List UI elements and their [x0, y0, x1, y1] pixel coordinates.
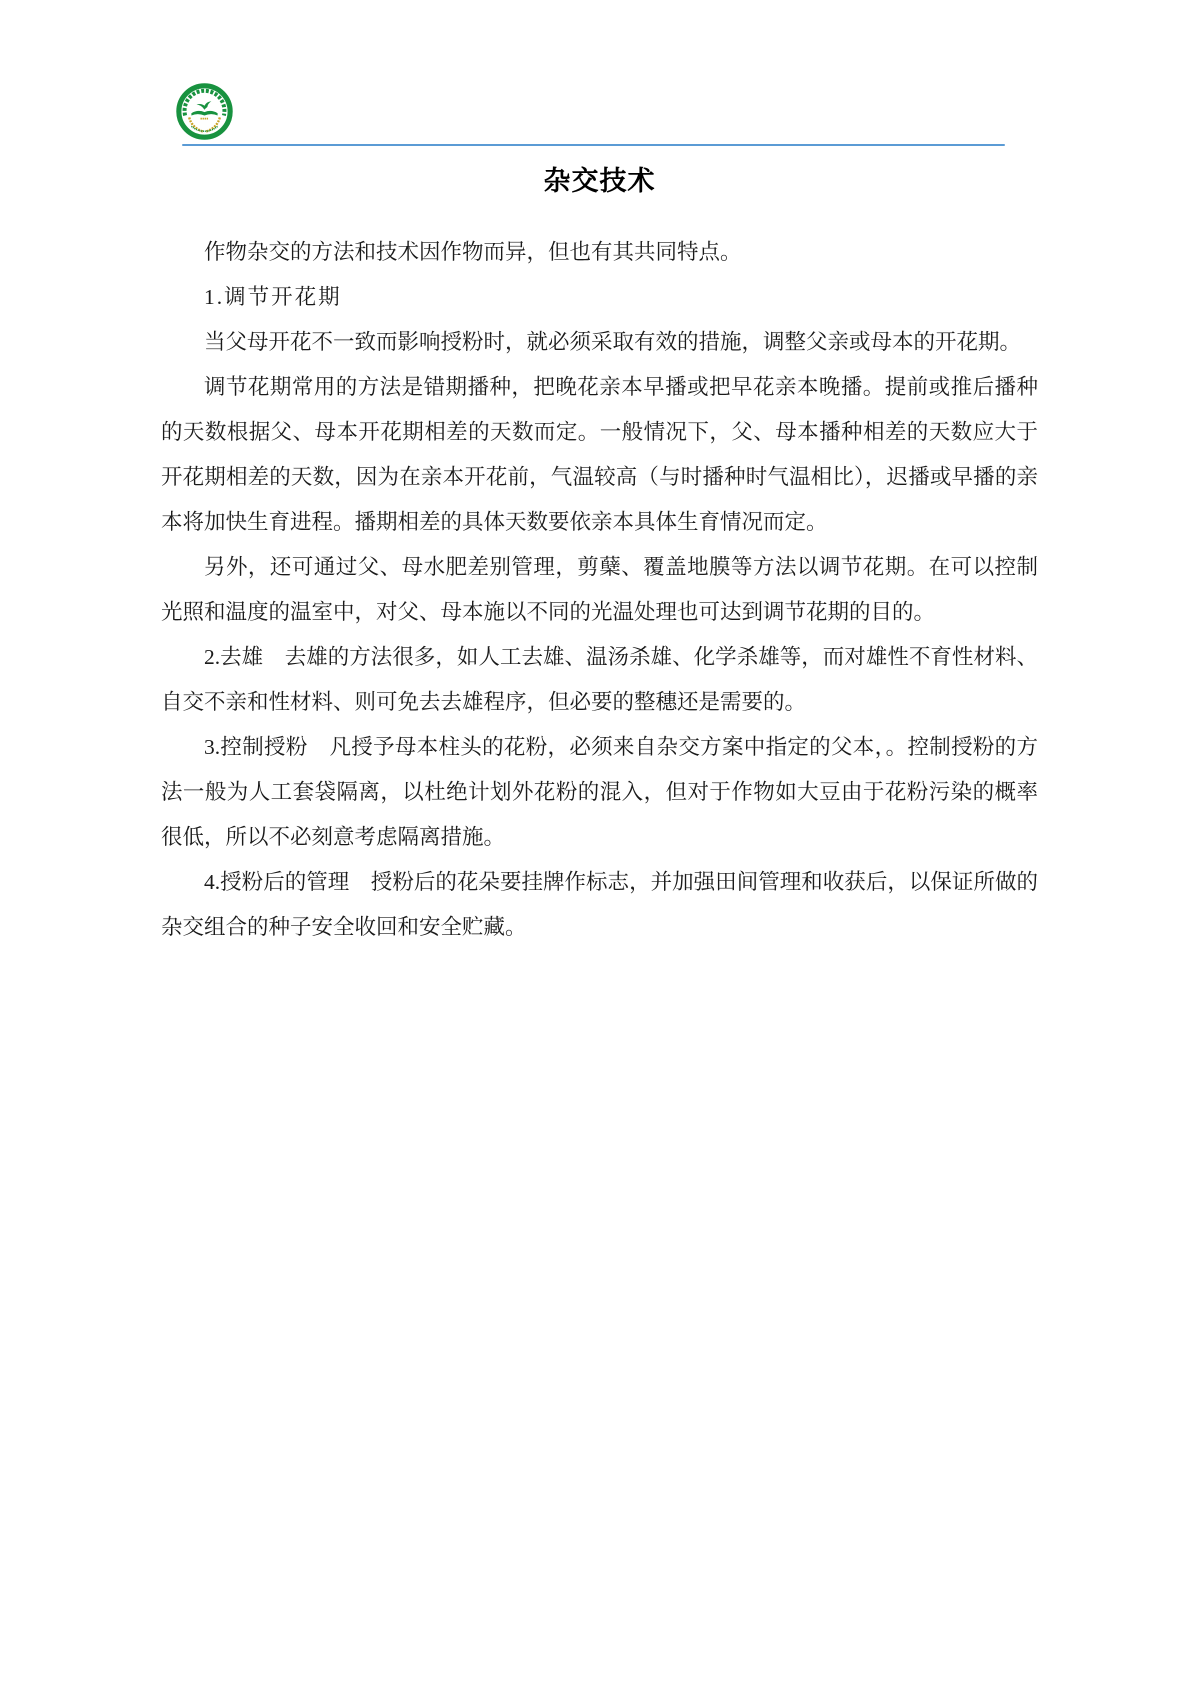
- paragraph-intro: 作物杂交的方法和技术因作物而异，但也有其共同特点。: [161, 230, 1038, 275]
- header-divider: [182, 144, 1005, 146]
- document-body: 作物杂交的方法和技术因作物而异，但也有其共同特点。 1.调节开花期 当父母开花不…: [161, 230, 1038, 950]
- college-logo: [176, 83, 233, 140]
- document-title: 杂交技术: [161, 159, 1038, 198]
- paragraph-post-pollination: 4.授粉后的管理 授粉后的花朵要挂牌作标志，并加强田间管理和收获后，以保证所做的…: [161, 860, 1038, 950]
- paragraph-emasculation: 2.去雄 去雄的方法很多，如人工去雄、温汤杀雄、化学杀雄等，而对雄性不育性材料、…: [161, 635, 1038, 725]
- paragraph-sowing-method: 调节花期常用的方法是错期播种，把晚花亲本早播或把早花亲本晚播。提前或推后播种的天…: [161, 365, 1038, 545]
- paragraph-other-methods: 另外，还可通过父、母水肥差别管理，剪蘖、覆盖地膜等方法以调节花期。在可以控制光照…: [161, 545, 1038, 635]
- paragraph-pollination-control: 3.控制授粉 凡授予母本柱头的花粉，必须来自杂交方案中指定的父本，。控制授粉的方…: [161, 725, 1038, 860]
- paragraph-heading-1: 1.调节开花期: [161, 275, 1038, 320]
- college-emblem-icon: [176, 83, 233, 140]
- document-page: 杂交技术 作物杂交的方法和技术因作物而异，但也有其共同特点。 1.调节开花期 当…: [0, 0, 1190, 1683]
- paragraph-flowering-adjust: 当父母开花不一致而影响授粉时，就必须采取有效的措施，调整父亲或母本的开花期。: [161, 320, 1038, 365]
